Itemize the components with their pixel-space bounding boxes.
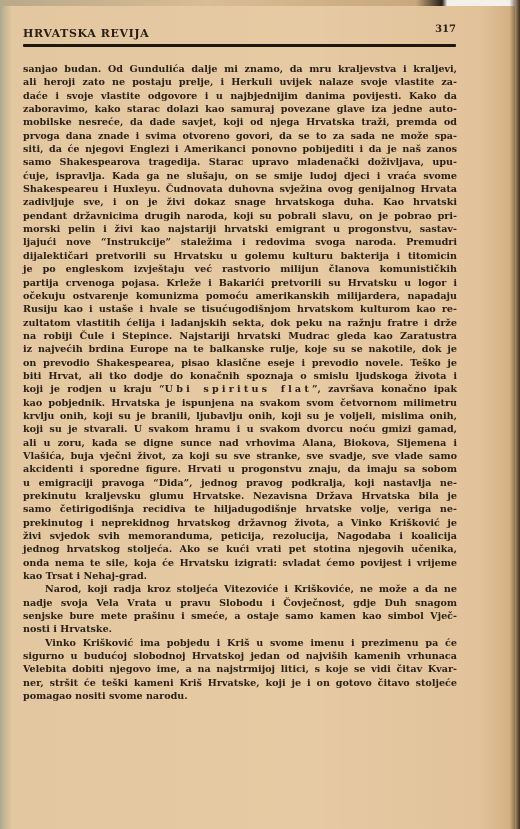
page-top-edge <box>0 0 520 6</box>
text-line: senjske bure mete prašinu i smeće, a ost… <box>23 610 457 623</box>
text-line: on prevodio Shakespearea, pisao klasične… <box>23 357 457 370</box>
text-line: u emigraciji pravoga “Dida”, jednog prav… <box>23 477 457 490</box>
text-line: onda nema te sile, koja će Hrvatsku izig… <box>23 557 457 570</box>
text-line: zultatom vlastitih ćelija i ladanjskih s… <box>23 317 457 330</box>
text-line: siti, da će njegovi Englezi i Amerikanci… <box>23 143 457 156</box>
text-line: zaboravimo, kako starac dolazi kao samur… <box>23 103 457 116</box>
text-line: je po engleskom izvještaju već rastvorio… <box>23 263 457 276</box>
text-line: Velebita dobiti njegovo ime, a na najstr… <box>23 663 457 676</box>
text-line: Shakespeareu i Huxleyu. Čudnovata duhovn… <box>23 183 457 196</box>
text-segment: koji je rodjen u kraju “ <box>23 384 165 395</box>
text-line: pomagao nositi svome narodu. <box>23 690 457 703</box>
text-line: sanjao budan. Od Gundulića dalje mi znam… <box>23 63 457 76</box>
text-line: Narod, koji radja kroz stoljeća Vitezovi… <box>23 583 457 596</box>
text-line: kao Trsat i Nehaj-grad. <box>23 570 457 583</box>
text-line: pendant državnicima drugih naroda, koji … <box>23 210 457 223</box>
text-line: prekinutog i neprekidnog hrvatskog držav… <box>23 517 457 530</box>
text-line: ali u zoru, kada se digne sunce nad vrho… <box>23 437 457 450</box>
page-number: 317 <box>435 24 456 35</box>
page-header: HRVATSKA REVIJA 317 <box>23 24 456 44</box>
header-rule <box>23 44 456 47</box>
scanned-page: HRVATSKA REVIJA 317 sanjao budan. Od Gun… <box>0 0 520 829</box>
text-line: akcidenti i sporedne figure. Hrvati u pr… <box>23 463 457 476</box>
text-line: Rusiju kao i ustaše i hvale se tisućugod… <box>23 303 457 316</box>
text-line: samo Shakespearova tragedija. Starac upr… <box>23 156 457 169</box>
body-text: sanjao budan. Od Gundulića dalje mi znam… <box>23 63 457 704</box>
text-line: morski pelin i živi kao najstariji hrvat… <box>23 223 457 236</box>
text-line: sigurno u budućoj slobodnoj Hrvatskoj je… <box>23 650 457 663</box>
text-line: nosti i Hrvatske. <box>23 623 457 636</box>
text-line: živi svjedok svih memoranduma, peticija,… <box>23 530 457 543</box>
text-line: ali heroji zato ne postaju prelje, i Her… <box>23 76 457 89</box>
text-line: krvlju onih, koji su je branili, ljubavl… <box>23 410 457 423</box>
text-line: mobilske nesreće, da dade savjet, koji o… <box>23 116 457 129</box>
text-line: zadivljuje sve, i on je živi dokaz snage… <box>23 196 457 209</box>
text-line: jednog hrvatskog stoljeća. Ako se kući v… <box>23 543 457 556</box>
text-line: samo četirigodišnja recidiva te hiljadug… <box>23 503 457 516</box>
text-line: daće i svoje vlastite odgovore i u najbj… <box>23 90 457 103</box>
text-line: dijalektičari pretvorili su Hrvatsku u g… <box>23 250 457 263</box>
text-line: na robiji Čule i Stepince. Najstariji hr… <box>23 330 457 343</box>
text-line: iz najvećih brdina Europe na te balkansk… <box>23 343 457 356</box>
text-line: koji je rodjen u kraju “Ubi spiritus fla… <box>23 383 457 396</box>
text-line: ćuje, ispravlja. Kada ga ne slušaju, on … <box>23 170 457 183</box>
text-line: prekinutu kraljevsku glumu Hrvatske. Nez… <box>23 490 457 503</box>
text-line: ljajući nove “Instrukcije” staležima i r… <box>23 236 457 249</box>
text-line: Vinko Krišković ima pobjedu i Kriš u svo… <box>23 637 457 650</box>
text-line: kao pobjednik. Hrvatska je ispunjena na … <box>23 397 457 410</box>
text-line: partija crvenoga pojasa. Krleže i Bakari… <box>23 277 457 290</box>
text-line: Vlašića, buja vječni život, za koji su s… <box>23 450 457 463</box>
page-right-edge <box>515 0 520 829</box>
text-line: koji su je stvarali. U svakom hramu i u … <box>23 423 457 436</box>
text-segment: ”, završava konačno ipak <box>312 384 457 395</box>
text-line: biti Hrvat, ali tko dodje do konačnih sp… <box>23 370 457 383</box>
latin-quote: Ubi spiritus flat <box>165 384 312 395</box>
running-title: HRVATSKA REVIJA <box>23 27 149 40</box>
text-line: ner, stršit će teški kameni Kriš Hrvatsk… <box>23 677 457 690</box>
text-line: očekuju ostvarenje komunizma pomoću amer… <box>23 290 457 303</box>
text-line: nadje svoja Vela Vrata u pravu Slobodu i… <box>23 597 457 610</box>
text-line: prvoga dana znade i svima otvoreno govor… <box>23 130 457 143</box>
